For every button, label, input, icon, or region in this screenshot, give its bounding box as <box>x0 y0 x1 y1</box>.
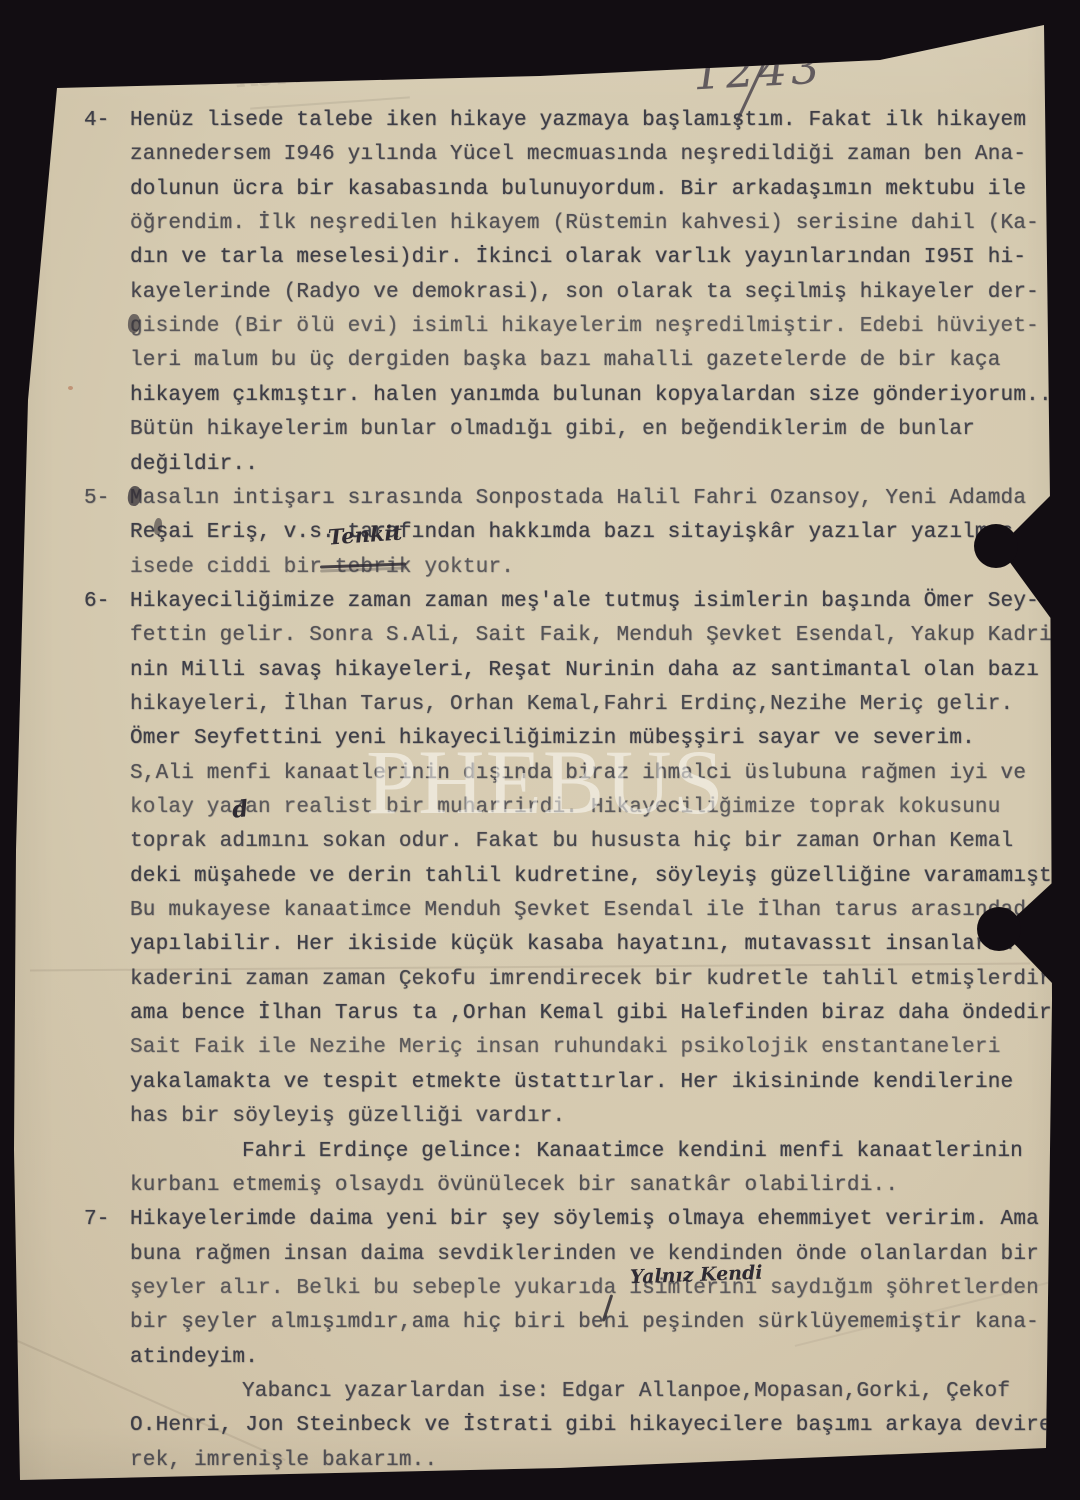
handwritten-insertion-yalniz-kendi: Yalnız Kendi <box>630 1262 763 1289</box>
typed-line: kayelerinde (Radyo ve demokrasi), son ol… <box>130 278 1070 308</box>
typed-line: zannedersem I946 yılında Yücel mecmuasın… <box>130 140 1070 170</box>
typed-line: fettin gelir. Sonra S.Ali, Sait Faik, Me… <box>130 621 1070 651</box>
typed-line-text: Henüz lisede talebe iken hikaye yazmaya … <box>130 109 1026 132</box>
typed-line: buna rağmen insan daima sevdiklerinden v… <box>130 1240 1070 1270</box>
typed-line-text: Sait Faik ile Nezihe Meriç insan ruhunda… <box>130 1036 1001 1059</box>
typed-line: şeyler alır. Belki bu sebeple yukarıda i… <box>130 1274 1070 1304</box>
typed-line-text: fettin gelir. Sonra S.Ali, Sait Faik, Me… <box>130 624 1065 647</box>
typed-line: 7-Hikayelerimde daima yeni bir şey söyle… <box>130 1205 1070 1235</box>
typed-line: Sait Faik ile Nezihe Meriç insan ruhunda… <box>130 1033 1070 1063</box>
typed-line: gisinde (Bir ölü evi) isimli hikayelerim… <box>130 312 1070 342</box>
typed-line: isede ciddi bir tebrik yoktur. <box>130 553 1070 583</box>
typed-line: değildir.. <box>130 450 1070 480</box>
typed-line-text: dolunun ücra bir kasabasında bulunuyordu… <box>130 178 1026 201</box>
typed-line: bir şeyler almışımdır,ama hiç biri beni … <box>130 1308 1070 1338</box>
typed-line: has bir söyleyiş güzelliği vardır. <box>130 1102 1070 1132</box>
typed-line: rek, imrenişle bakarım.. <box>130 1446 1070 1476</box>
typed-line-text: yapılabilir. Her ikiside küçük kasaba ha… <box>130 933 1013 956</box>
typed-line: 5-Masalın intişarı sırasında Sonpostada … <box>130 484 1070 514</box>
typed-line-text: şeyler alır. Belki bu sebeple yukarıda i… <box>130 1277 1039 1300</box>
ghost-signature: Orhan Kemal <box>167 23 540 103</box>
typed-line-text: değildir.. <box>130 453 258 476</box>
typed-line-text: kurbanı etmemiş olsaydı övünülecek bir s… <box>130 1174 898 1197</box>
typed-line-text: nin Milli savaş hikayeleri, Reşat Nurini… <box>130 659 1039 682</box>
typed-line: Reşai Eriş, v.s. tarafından hakkımda baz… <box>130 518 1070 548</box>
typed-line: Bütün hikayelerim bunlar olmadığı gibi, … <box>130 415 1070 445</box>
typed-line-text: ama bence İlhan Tarus ta ,Orhan Kemal gi… <box>130 1002 1052 1025</box>
typed-line: hikayeleri, İlhan Tarus, Orhan Kemal,Fah… <box>130 690 1070 720</box>
punch-hole <box>974 524 1018 568</box>
item-number: 4- <box>84 106 110 136</box>
typed-line-text: buna rağmen insan daima sevdiklerinden v… <box>130 1243 1039 1266</box>
typed-line-text: rek, imrenişle bakarım.. <box>130 1449 437 1472</box>
typed-line-text: has bir söyleyiş güzelliği vardır. <box>130 1105 565 1128</box>
typed-line-text: Masalın intişarı sırasında Sonpostada Ha… <box>130 487 1026 510</box>
typed-line-text: gisinde (Bir ölü evi) isimli hikayelerim… <box>130 315 1039 338</box>
typed-line-text: Yabancı yazarlardan ise: Edgar Allanpoe,… <box>242 1380 1010 1403</box>
typed-line: öğrendim. İlk neşredilen hikayem (Rüstem… <box>130 209 1070 239</box>
typed-line: 6-Hikayeciliğimize zaman zaman meş'ale t… <box>130 587 1070 617</box>
item-number: 7- <box>84 1205 110 1235</box>
typed-line: leri malum bu üç dergiden başka bazı mah… <box>130 346 1070 376</box>
handwritten-correction-tenkit: Tenkit <box>327 519 403 549</box>
phebus-watermark: PHEBUS <box>366 729 725 835</box>
typed-line-text: Hikayeciliğimize zaman zaman meş'ale tut… <box>130 590 1039 613</box>
typed-line-text: dın ve tarla meselesi)dir. İkinci olarak… <box>130 246 1026 269</box>
paper-sheet: Orhan Kemal 1243 4-Henüz lisede talebe i… <box>0 0 1080 1500</box>
typed-line: dolunun ücra bir kasabasında bulunuyordu… <box>130 175 1070 205</box>
item-number: 6- <box>84 587 110 617</box>
typed-line: ama bence İlhan Tarus ta ,Orhan Kemal gi… <box>130 999 1070 1029</box>
item-number: 5- <box>84 484 110 514</box>
typed-line: hikayem çıkmıştır. halen yanımda bulunan… <box>130 381 1070 411</box>
typed-line: dın ve tarla meselesi)dir. İkinci olarak… <box>130 243 1070 273</box>
paper-speck <box>68 386 73 390</box>
typed-line: Yabancı yazarlardan ise: Edgar Allanpoe,… <box>130 1377 1070 1407</box>
typed-line-text: öğrendim. İlk neşredilen hikayem (Rüstem… <box>130 212 1039 235</box>
typed-line-text: bir şeyler almışımdır,ama hiç biri beni … <box>130 1311 1039 1334</box>
typed-line-text: atindeyim. <box>130 1346 258 1369</box>
typed-line: kurbanı etmemiş olsaydı övünülecek bir s… <box>130 1171 1070 1201</box>
typed-line: nin Milli savaş hikayeleri, Reşat Nurini… <box>130 656 1070 686</box>
typed-line-text: zannedersem I946 yılında Yücel mecmuasın… <box>130 143 1026 166</box>
typed-line-text: Fahri Erdinçe gelince: Kanaatimce kendin… <box>242 1140 1023 1163</box>
typed-line: atindeyim. <box>130 1343 1070 1373</box>
typed-line-text: hikayem çıkmıştır. halen yanımda bulunan… <box>130 384 1052 407</box>
typed-line: kaderini zaman zaman Çekofu imrendirecek… <box>130 965 1070 995</box>
typed-line-text: yakalamakta ve tespit etmekte üstattırla… <box>130 1071 1013 1094</box>
scanned-document: Orhan Kemal 1243 4-Henüz lisede talebe i… <box>0 0 1080 1500</box>
typed-line: yapılabilir. Her ikiside küçük kasaba ha… <box>130 930 1070 960</box>
typed-line-text: kayelerinde (Radyo ve demokrasi), son ol… <box>130 281 1039 304</box>
typed-line: 4-Henüz lisede talebe iken hikaye yazmay… <box>130 106 1070 136</box>
typed-line: deki müşahede ve derin tahlil kudretine,… <box>130 862 1070 892</box>
typed-line-text: Bu mukayese kanaatimce Menduh Şevket Ese… <box>130 899 1039 922</box>
typed-line-text: Hikayelerimde daima yeni bir şey söylemi… <box>130 1208 1039 1231</box>
typed-line: Bu mukayese kanaatimce Menduh Şevket Ese… <box>130 896 1070 926</box>
typed-line-text: deki müşahede ve derin tahlil kudretine,… <box>130 865 1077 888</box>
typed-line-text: kaderini zaman zaman Çekofu imrendirecek… <box>130 968 1052 991</box>
typed-line-text: Bütün hikayelerim bunlar olmadığı gibi, … <box>130 418 975 441</box>
typed-line: yakalamakta ve tespit etmekte üstattırla… <box>130 1068 1070 1098</box>
typed-line-text: hikayeleri, İlhan Tarus, Orhan Kemal,Fah… <box>130 693 1013 716</box>
typed-line-text: Reşai Eriş, v.s. tarafından hakkımda baz… <box>130 521 1013 544</box>
punch-hole <box>977 907 1021 951</box>
handwritten-letter-correction: d <box>231 795 250 824</box>
typed-line: Fahri Erdinçe gelince: Kanaatimce kendin… <box>130 1137 1070 1167</box>
typed-line-text: leri malum bu üç dergiden başka bazı mah… <box>130 349 1001 372</box>
typed-line: O.Henri, Jon Steinbeck ve İstrati gibi h… <box>130 1411 1070 1441</box>
typed-line-text: O.Henri, Jon Steinbeck ve İstrati gibi h… <box>130 1414 1065 1437</box>
